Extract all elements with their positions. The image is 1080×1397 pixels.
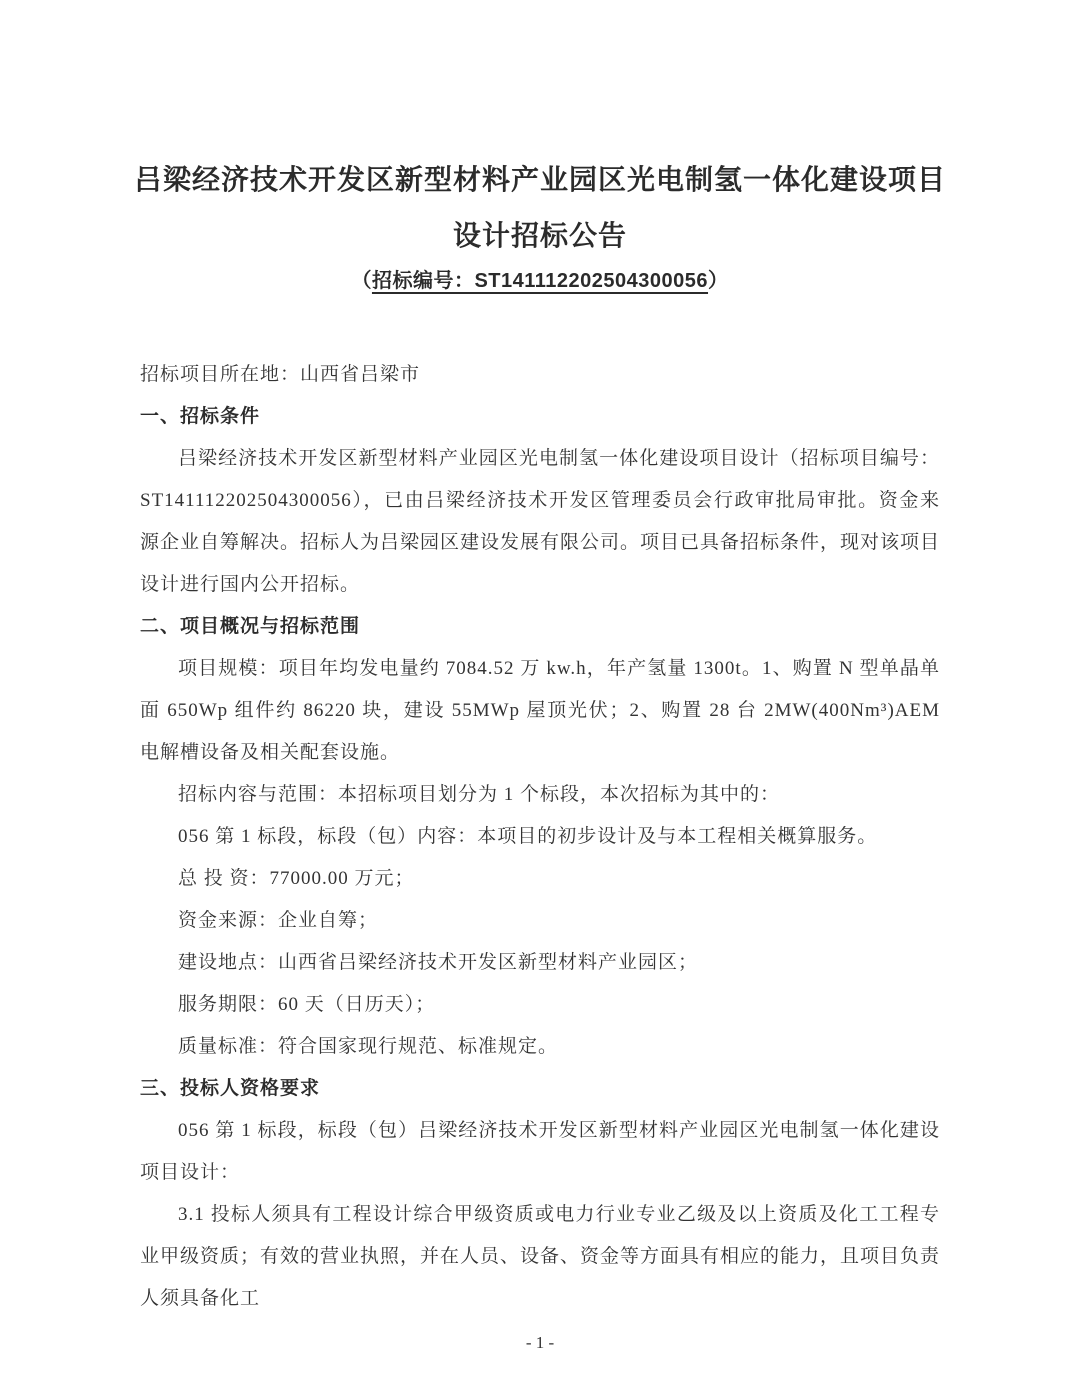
lot-content-paragraph: 056 第 1 标段，标段（包）内容：本项目的初步设计及与本工程相关概算服务。 (140, 816, 940, 858)
funding-source-line: 资金来源：企业自筹； (140, 900, 940, 942)
section3-heading: 三、投标人资格要求 (140, 1068, 940, 1110)
section1-conditions-paragraph: 吕梁经济技术开发区新型材料产业园区光电制氢一体化建设项目设计（招标项目编号：ST… (140, 438, 940, 606)
tender-number: 招标编号：ST141112202504300056 (372, 270, 708, 292)
document-body: 招标项目所在地：山西省吕梁市 一、招标条件 吕梁经济技术开发区新型材料产业园区光… (140, 354, 940, 1320)
project-location-line: 招标项目所在地：山西省吕梁市 (140, 354, 940, 396)
tender-number-line: （招标编号：ST141112202504300056） (0, 266, 1080, 296)
service-duration-line: 服务期限：60 天（日历天）； (140, 984, 940, 1026)
tender-number-close-paren: ） (708, 270, 729, 292)
total-investment-line: 总 投 资：77000.00 万元； (140, 858, 940, 900)
title-block: 吕梁经济技术开发区新型材料产业园区光电制氢一体化建设项目 设计招标公告 （招标编… (0, 0, 1080, 296)
qualification-requirement-paragraph: 3.1 投标人须具有工程设计综合甲级资质或电力行业专业乙级及以上资质及化工工程专… (140, 1194, 940, 1320)
tender-scope-paragraph: 招标内容与范围：本招标项目划分为 1 个标段，本次招标为其中的： (140, 774, 940, 816)
section1-heading: 一、招标条件 (140, 396, 940, 438)
section3-lot-paragraph: 056 第 1 标段，标段（包）吕梁经济技术开发区新型材料产业园区光电制氢一体化… (140, 1110, 940, 1194)
document-title-line2: 设计招标公告 (0, 208, 1080, 264)
quality-standard-line: 质量标准：符合国家现行规范、标准规定。 (140, 1026, 940, 1068)
tender-number-open-paren: （ (351, 270, 372, 292)
page-number: - 1 - (0, 1333, 1080, 1353)
project-scale-paragraph: 项目规模：项目年均发电量约 7084.52 万 kw.h，年产氢量 1300t。… (140, 648, 940, 774)
document-page: 吕梁经济技术开发区新型材料产业园区光电制氢一体化建设项目 设计招标公告 （招标编… (0, 0, 1080, 1397)
construction-site-line: 建设地点：山西省吕梁经济技术开发区新型材料产业园区； (140, 942, 940, 984)
document-title-line1: 吕梁经济技术开发区新型材料产业园区光电制氢一体化建设项目 (0, 152, 1080, 208)
section2-heading: 二、项目概况与招标范围 (140, 606, 940, 648)
